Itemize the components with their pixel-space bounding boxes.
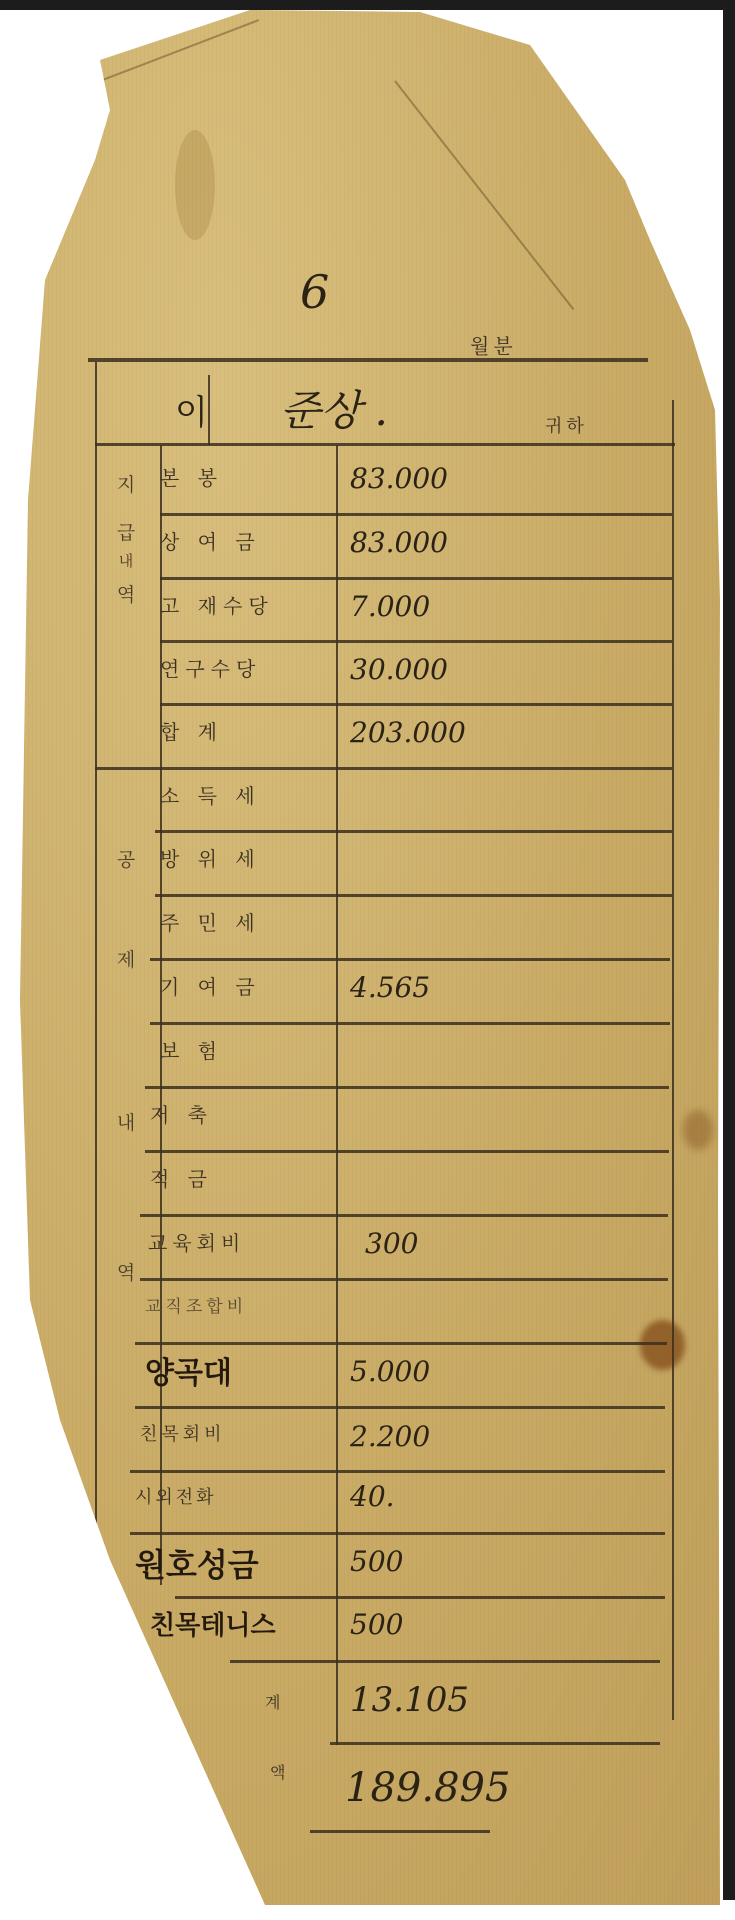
table-top-border [88, 358, 648, 362]
deduction-value-subtotal: 13.105 [350, 1680, 469, 1720]
payment-label-total: 합 계 [160, 716, 340, 745]
net-pay-value: 189.895 [345, 1765, 510, 1811]
row-border [160, 513, 672, 516]
row-border [135, 1342, 667, 1345]
honorific: 귀하 [545, 412, 588, 438]
row-border [130, 1532, 665, 1535]
month-number: 6 [300, 265, 329, 319]
row-border [230, 1660, 660, 1663]
deduction-label-contribution: 기 여 금 [160, 971, 340, 1000]
section-border [95, 767, 672, 770]
payment-group-char: 내 [96, 550, 156, 571]
deduction-value-relief-fund: 500 [350, 1545, 403, 1578]
payment-value-total: 203.000 [350, 716, 466, 749]
fold-crease [100, 19, 259, 82]
payment-label-bonus: 상 여 금 [160, 526, 340, 555]
row-border [160, 703, 672, 706]
paper-slip: 6 월분 이 준상 . 귀하 지 급 내 역 공 제 내 역 본 봉 83.00… [0, 0, 735, 1920]
deduction-label-education-fee: 교육회비 [148, 1227, 328, 1256]
row-border [150, 1022, 670, 1025]
payment-value-allowance: 7.000 [350, 590, 430, 623]
row-border [140, 1278, 668, 1281]
row-border [155, 894, 672, 897]
row-border [145, 1150, 669, 1153]
deduction-label-long-distance-call: 시외전화 [135, 1483, 315, 1509]
deduction-label-installment: 적 금 [150, 1163, 330, 1192]
payment-label-research: 연구수당 [160, 653, 340, 682]
payment-value-bonus: 83.000 [350, 526, 448, 559]
rust-stain [640, 1320, 685, 1370]
net-pay-underline [310, 1830, 490, 1833]
row-border [135, 1406, 665, 1409]
deduction-label-relief-fund: 원호성금 [135, 1540, 315, 1586]
recipient-name: 준상 . [280, 378, 388, 438]
surname: 이 [175, 385, 208, 434]
deduction-value-contribution: 4.565 [350, 971, 430, 1004]
deduction-group-char: 제 [96, 945, 156, 972]
row-border [145, 1086, 669, 1089]
row-border [330, 1742, 660, 1745]
row-border [155, 830, 672, 833]
deduction-label-union-fee: 교직조합비 [145, 1292, 325, 1317]
deduction-label-resident-tax: 주 민 세 [160, 907, 340, 936]
deduction-group-char: 공 [96, 845, 156, 872]
deduction-value-education-fee: 300 [365, 1227, 418, 1260]
deduction-label-savings: 저 축 [150, 1099, 330, 1128]
water-stain [175, 130, 215, 240]
deduction-value-fellowship: 2.200 [350, 1420, 430, 1453]
row-border [140, 1214, 668, 1217]
payment-label-base-salary: 본 봉 [160, 462, 340, 491]
month-suffix: 월분 [470, 330, 517, 359]
row-border [160, 640, 672, 643]
deduction-label-insurance: 보 험 [160, 1035, 340, 1064]
row-border [130, 1470, 665, 1473]
scan-frame-right [723, 0, 735, 1900]
row-border [150, 958, 670, 961]
rust-stain-small [683, 1110, 713, 1150]
fold-crease [394, 80, 574, 310]
deduction-group-char: 내 [96, 1108, 156, 1135]
payment-value-research: 30.000 [350, 653, 448, 686]
payment-group-char: 지 [96, 470, 156, 497]
name-divider [208, 375, 210, 445]
row-border [175, 1596, 665, 1599]
deduction-value-long-distance-call: 40. [350, 1480, 395, 1513]
deduction-label-fellowship: 친목회비 [140, 1420, 320, 1446]
payment-group-char: 급 [96, 518, 156, 545]
deduction-value-tennis: 500 [350, 1608, 403, 1641]
payment-label-allowance: 고 재수당 [160, 590, 340, 619]
scan-frame-top [0, 0, 735, 10]
row-border [160, 577, 672, 580]
table-right-border [672, 400, 674, 1720]
deduction-label-grain: 양곡대 [145, 1348, 325, 1392]
payment-group-char: 역 [96, 580, 156, 607]
deduction-label-tennis: 친목테니스 [150, 1605, 330, 1642]
header-row-border [95, 443, 675, 446]
deduction-label-defense-tax: 방 위 세 [160, 843, 340, 872]
payment-value-base-salary: 83.000 [350, 462, 448, 495]
deduction-group-char: 역 [96, 1258, 156, 1285]
deduction-value-grain: 5.000 [350, 1355, 430, 1388]
deduction-label-income-tax: 소 득 세 [160, 780, 340, 809]
